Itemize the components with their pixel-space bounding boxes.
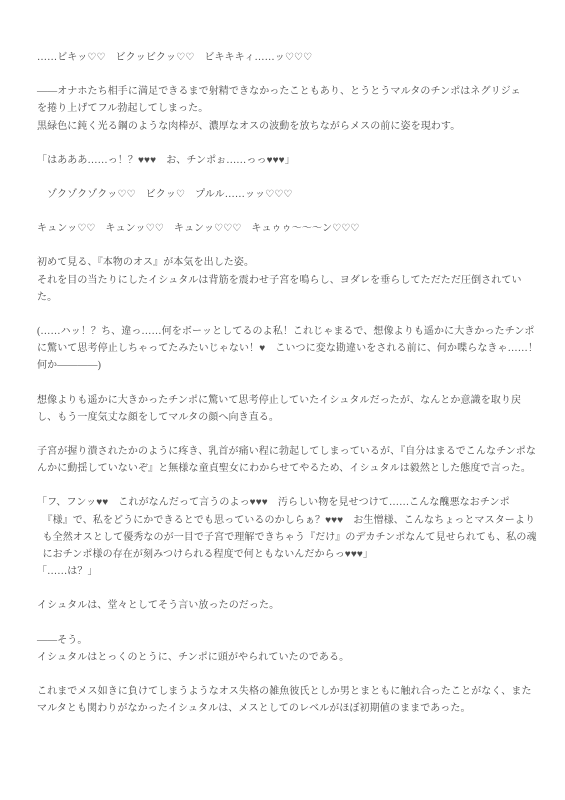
narration-erection: ――オナホたち相手に満足できるまで射精できなかったこともあり、とうとうマルタのチ…	[37, 83, 543, 135]
sfx-line-kyun: キュンッ♡♡ キュンッ♡♡ キュンッ♡♡♡ キュゥゥ～～～ン♡♡♡	[37, 220, 543, 237]
narration-level: これまでメス如きに負けてしまうようなオス失格の雑魚彼氏としか男とまともに触れ合っ…	[37, 683, 543, 717]
novel-page: ……ビキッ♡♡ ビクッビクッ♡♡ ビキキキィ……ッ♡♡♡――オナホたち相手に満足…	[0, 0, 565, 800]
narration-recover: 想像よりも遥かに大きかったチンポに驚いて思考停止していたイシュタルだったが、なん…	[37, 392, 543, 426]
novel-body: ……ビキッ♡♡ ビクッビクッ♡♡ ビキキキィ……ッ♡♡♡――オナホたち相手に満足…	[37, 49, 543, 717]
dialogue-ha: 「……は？」	[37, 563, 543, 580]
narration-sou: ――そう。 イシュタルはとっくのとうに、チンポに頭がやられていたのである。	[37, 632, 543, 666]
narration-proclaim: イシュタルは、堂々としてそう言い放ったのだった。	[37, 597, 543, 614]
narration-resolute: 子宮が握り潰されたかのように疼き、乳首が痛い程に勃起してしまっているが、『自分は…	[37, 443, 543, 477]
dialogue-defiant: 「フ、フンッ♥♥ これがなんだって言うのよっ♥♥♥ 汚らしい物を見せつけて……こ…	[37, 494, 543, 563]
sfx-line-biki: ……ビキッ♡♡ ビクッビクッ♡♡ ビキキキィ……ッ♡♡♡	[37, 49, 543, 66]
inner-monologue: (……ハッ！？ち、違っ……何をボーッとしてるのよ私！これじゃまるで、想像よりも遥…	[37, 323, 543, 375]
dialogue-gasp: 「はあああ……っ！？♥♥♥ お、チンポぉ……っっ♥♥♥」	[37, 152, 543, 169]
sfx-line-zoku: ゾクゾクゾクッ♡♡ ビクッ♡ プルル……ッッ♡♡♡	[37, 186, 543, 203]
narration-overwhelmed: 初めて見る、『本物のオス』が本気を出した姿。 それを目の当たりにしたイシュタルは…	[37, 254, 543, 306]
